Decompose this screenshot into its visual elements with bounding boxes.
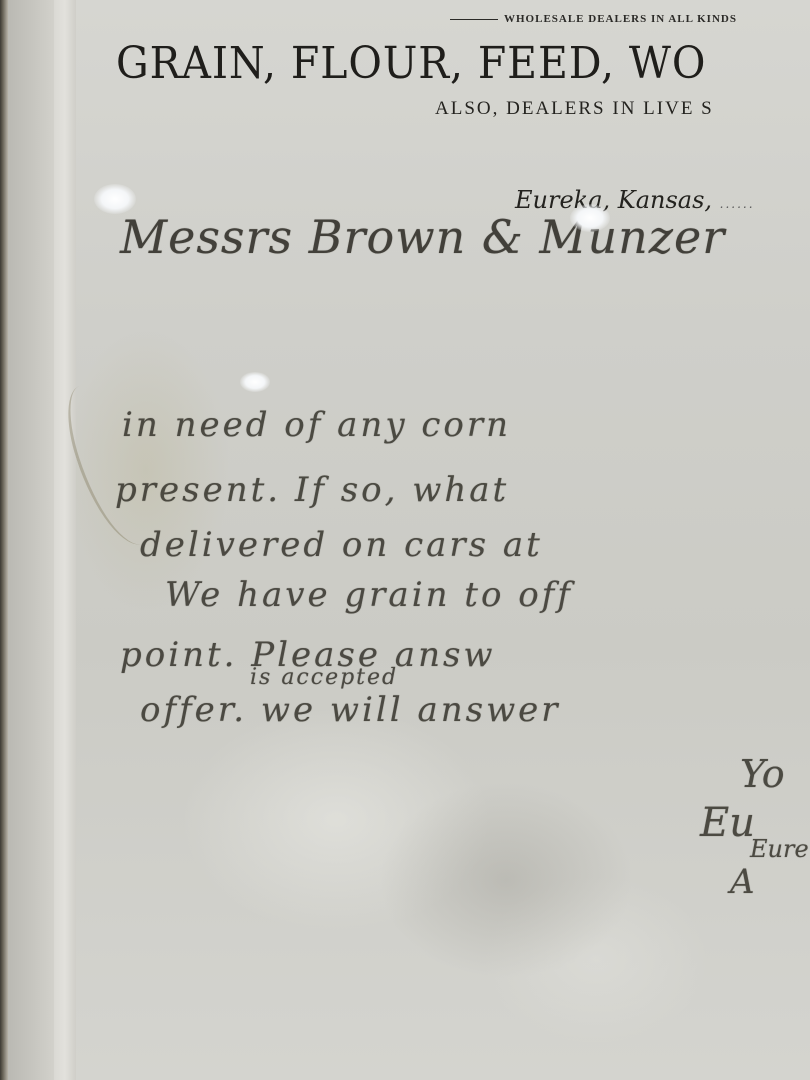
- body-line-2: present. If so, what: [115, 470, 509, 510]
- glare-spot: [570, 204, 610, 232]
- salutation: Messrs Brown & Munzer: [120, 210, 725, 264]
- letterhead-headline: GRAIN, FLOUR, FEED, WO: [116, 38, 706, 89]
- frame-mat: [8, 0, 54, 1080]
- body-line-4: We have grain to off: [165, 575, 573, 615]
- body-line-6: offer. we will answer: [140, 690, 561, 730]
- letterhead-tagline-text: WHOLESALE DEALERS IN ALL KINDS: [504, 13, 737, 25]
- body-line-1: in need of any corn: [122, 405, 511, 445]
- signature-line-2: Eure: [750, 835, 809, 863]
- body-insertion: is accepted: [250, 665, 398, 690]
- signature-line-1: Eu: [700, 800, 755, 846]
- glare-spot: [240, 372, 270, 392]
- body-line-3: delivered on cars at: [140, 525, 543, 565]
- letterhead-tagline: WHOLESALE DEALERS IN ALL KINDS: [450, 13, 737, 25]
- picture-frame-edge: [0, 0, 8, 1080]
- date-dotted-line: ......: [720, 197, 755, 211]
- glare-spot: [94, 184, 136, 214]
- mat-bevel: [54, 0, 76, 1080]
- signature-line-3: A: [730, 862, 755, 902]
- closing: Yo: [740, 752, 785, 796]
- letterhead-subline: ALSO, DEALERS IN LIVE S: [435, 98, 714, 120]
- ornamental-rule: [450, 19, 498, 20]
